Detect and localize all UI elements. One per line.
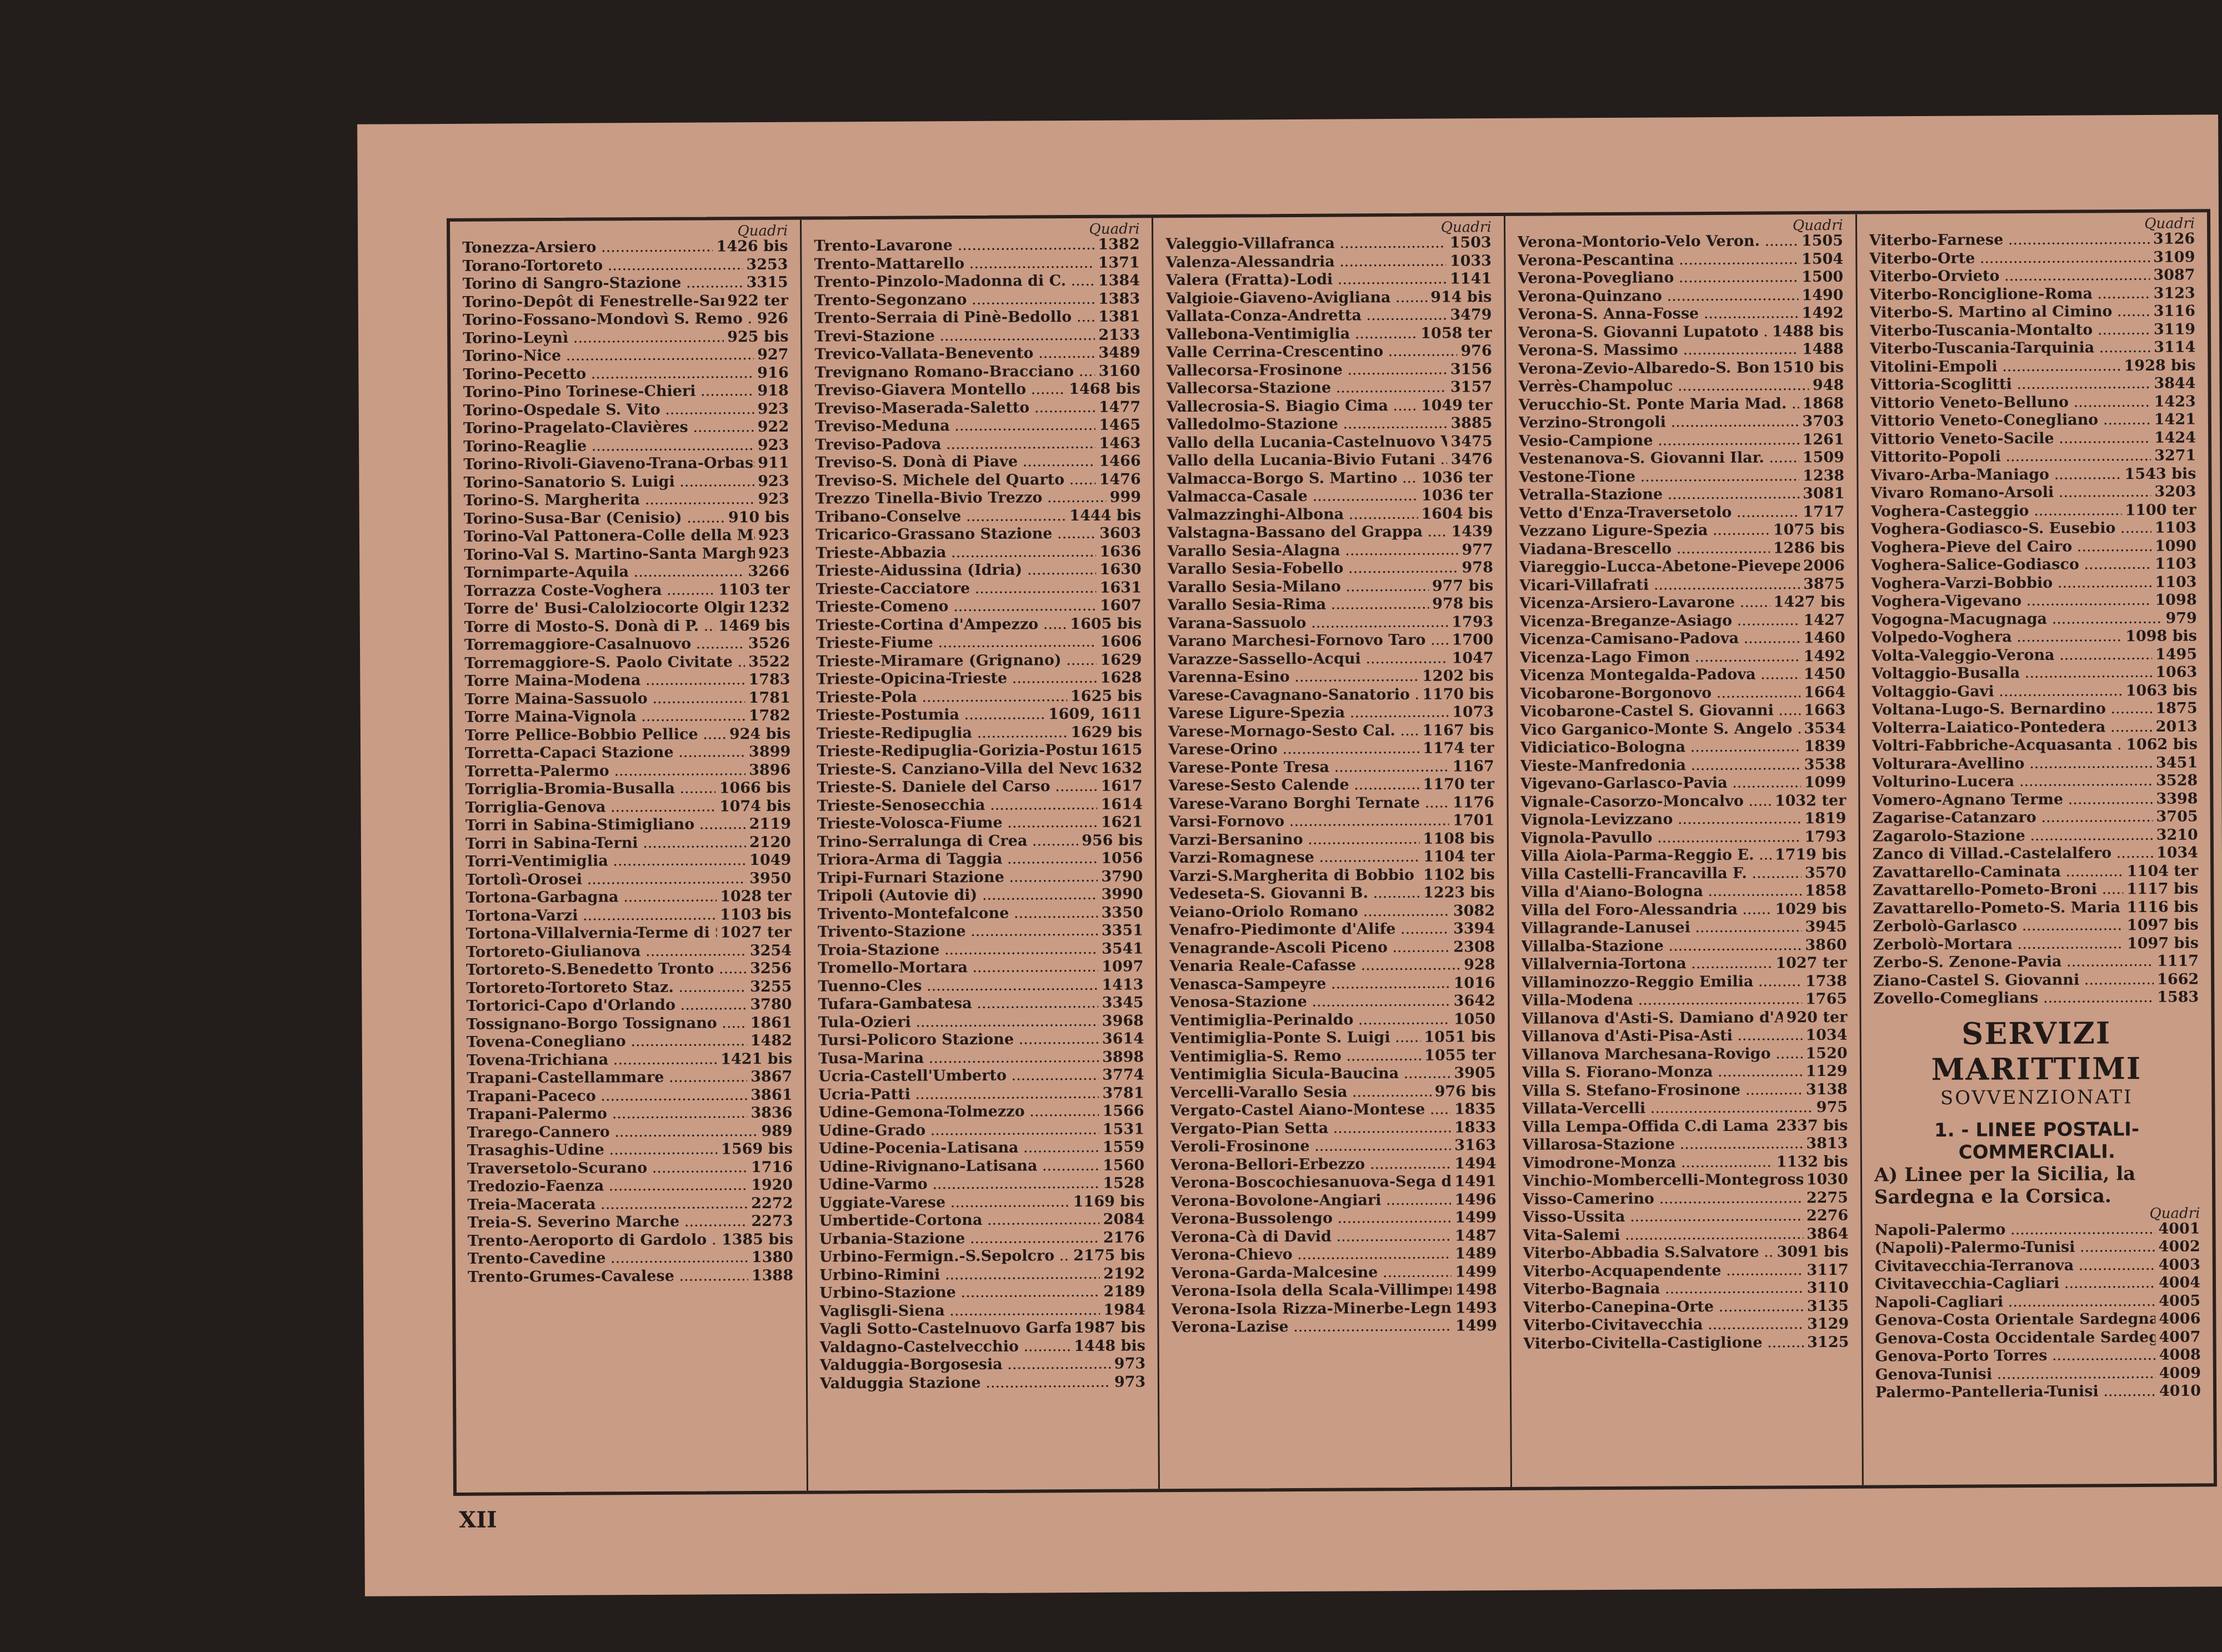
route-name: Trento-Mattarello [814,254,1095,273]
index-entry: Tripoli (Autovie di)3990 [817,885,1143,905]
index-entry: Urbino-Rimini2192 [819,1265,1145,1285]
quadri-number: 3844 [2150,374,2195,393]
quadri-number: 1717 [1799,503,1844,521]
index-entry: Villa del Foro-Alessandria1029 bis [1521,900,1846,920]
index-entry: Vimodrone-Monza1132 bis [1522,1153,1848,1173]
route-name: Trieste-Abbazia [815,543,1096,562]
index-entry: Torino-Val Pattonera-Colle della Maddale… [464,527,789,547]
quadri-number: 1510 bis [1769,358,1844,377]
quadri-number: 910 bis [725,508,789,527]
quadri-number: 1488 bis [1769,322,1844,341]
route-name: Torre Maina-Modena [464,671,745,690]
route-name: Villa-Modena [1522,990,1802,1010]
route-name: Torino-Nice [463,346,754,366]
quadri-number: 1987 bis [1070,1319,1145,1337]
route-name: Tornimparte-Aquila [464,563,744,582]
quadri-number: 3813 [1803,1135,1848,1153]
quadri-number: 1066 bis [716,779,791,798]
route-name: Viterbo-Ronciglione-Roma [1869,284,2150,304]
quadri-number: 1604 bis [1418,505,1493,523]
quadri-number: 1625 bis [1067,687,1142,705]
route-name: Trevignano Romano-Bracciano [815,362,1095,382]
route-name: Udine-Gemona-Tolmezzo [819,1103,1099,1122]
index-entry: Genova-Costa Orientale Sardegna-Palermo4… [1875,1310,2200,1330]
route-name: Varese Ligure-Spezia [1168,704,1449,723]
quadri-number: 3522 [745,653,790,671]
quadri-number: 4004 [2155,1274,2200,1292]
quadri-number: 3351 [1098,922,1143,940]
index-entry: Torri-Ventimiglia1049 [466,852,791,872]
route-name: Varese-Sesto Calende [1169,776,1420,795]
route-name: Varallo Sesia-Alagna [1167,541,1458,560]
quadri-number: 3210 [2153,826,2198,844]
quadri-number: 3898 [1099,1048,1144,1067]
index-entry: Vallo della Lucania-Bivio Futani3476 [1167,450,1493,470]
index-entry: Vigevano-Garlasco-Pavia1099 [1520,774,1846,794]
index-entry: Vallecrosia-S. Biagio Cima1049 ter [1167,397,1492,417]
index-entry: Troia-Stazione3541 [818,940,1143,960]
index-entry: Venagrande-Ascoli Piceno2308 [1169,938,1495,958]
index-entry: Tusa-Marina3898 [818,1048,1144,1068]
route-name: Valstagna-Bassano del Grappa [1167,523,1448,543]
index-entry: Varazze-Sassello-Acqui1047 [1168,649,1493,669]
route-name: Voltaggio-Gavi [1871,682,2122,702]
route-name: Urbino-Stazione [819,1283,1100,1303]
index-entry: Torri in Sabina-Stimigliano2119 [466,815,791,835]
route-name: Trapani-Paceco [467,1087,747,1106]
quadri-number: 4001 [2155,1220,2200,1238]
quadri-number: 1476 [1096,470,1141,489]
route-name: Verona-Boscochiesanuova-Sega di Ala [1170,1173,1451,1193]
route-name: Tribano-Conselve [815,507,1066,527]
quadri-number: 1492 [1800,647,1845,665]
route-name: Villa d'Aiano-Bologna [1521,882,1801,902]
route-name: Trieste-Redipuglia [817,724,1067,743]
index-entry: Torrazza Coste-Voghera1103 ter [464,580,789,600]
index-entry: Udine-Grado1531 [819,1120,1144,1140]
quadri-number: 3945 [1801,918,1846,937]
route-name: Treviso-Padova [815,434,1095,454]
index-entry: Torre Maina-Modena1783 [464,671,790,691]
route-name: Tripoli (Autovie di) [817,886,1098,905]
route-name: Vico Garganico-Monte S. Angelo [1520,720,1800,739]
route-name: Vallebona-Ventimiglia [1166,324,1417,344]
route-name: Ventimiglia-Ponte S. Luigi [1170,1029,1420,1048]
route-name: Trieste-Senosecchia [817,795,1098,815]
quadri-number: 1466 [1095,452,1140,470]
route-name: Zovello-Comeglians [1873,989,2154,1008]
quadri-number: 1495 [2152,645,2197,664]
quadri-number: 1631 [1097,579,1142,597]
index-entry: Genova-Porto Torres4008 [1875,1346,2200,1366]
index-entry: Verona-Quinzano1490 [1518,286,1843,306]
index-entry: Verona-Isola Rizza-Minerbe-Legnago1493 [1172,1299,1497,1319]
route-name: Voghera-Salice-Godiasco [1871,555,2151,575]
route-name: Verzino-Strongoli [1518,413,1799,432]
quadri-number: 920 ter [1783,1008,1848,1027]
quadri-number: 1858 [1801,882,1846,900]
route-name: Tovena-Trichiana [467,1050,717,1070]
route-name: Torino-S. Margherita [464,490,755,510]
quadri-number: 4005 [2155,1292,2200,1310]
index-entry: Torino-Depôt di Fenestrelle-Sanatorio Ag… [463,292,788,312]
index-entry: Trieste-Cortina d'Ampezzo1605 bis [816,615,1142,635]
quadri-number: 973 [1111,1373,1146,1391]
index-entry: Viadana-Brescello1286 bis [1519,539,1845,559]
quadri-number: 1920 [748,1177,793,1195]
route-name: Genova-Costa Occidentale Sardegna-Palerm… [1875,1328,2155,1348]
route-name: Vittorio Veneto-Conegliano [1870,411,2151,430]
quadri-number: 1716 [748,1158,793,1177]
index-entry: Torino-Ospedale S. Vito923 [463,400,789,420]
quadri-number: 1738 [1802,972,1847,990]
index-entry: Ucria-Castell'Umberto3774 [818,1066,1144,1086]
quadri-number: 4006 [2155,1310,2200,1328]
index-entry: Valledolmo-Stazione3885 [1167,414,1492,434]
route-name: Vicenza Montegalda-Padova [1520,665,1800,685]
index-entry: Torino-Rivoli-Giaveno-Trana-Orbassano-To… [463,454,789,474]
quadri-number: 1382 [1094,236,1139,254]
index-entry: Verona-S. Massimo1488 [1518,341,1844,361]
column-2: QuadriTrento-Lavarone1382Trento-Mattarel… [802,218,1160,1490]
route-name: Viterbo-Orvieto [1869,267,2150,286]
quadri-number: 1104 ter [1420,848,1495,866]
route-name: Veroli-Frosinone [1170,1137,1451,1157]
quadri-number: 1819 [1801,810,1846,828]
quadri-number: 1036 ter [1418,487,1493,505]
index-entry: Vallecorsa-Stazione3157 [1167,378,1492,398]
index-entry: Vicenza-Arsiero-Lavarone1427 bis [1519,593,1845,613]
index-entry: Vicenza-Camisano-Padova1460 [1519,629,1845,649]
route-name: Torre Pellice-Bobbio Pellice [465,725,726,745]
route-name: Viterbo-Civitella-Castiglione [1523,1334,1804,1353]
quadri-number: 1781 [745,689,790,707]
route-name: Villa Aiola-Parma-Reggio E. [1521,846,1771,865]
quadri-number: 1169 bis [1070,1193,1145,1211]
index-entry: Vita-Salemi3864 [1523,1225,1848,1245]
route-name: Civitavecchia-Cagliari [1875,1274,2155,1294]
route-name: Vivaro-Arba-Maniago [1870,465,2121,485]
quadri-number: 3614 [1099,1030,1144,1048]
quadri-number: 1073 [1449,703,1494,722]
route-name: Torremaggiore-Casalnuovo [464,635,745,654]
index-entry: Torre Maina-Sassuolo1781 [464,689,790,709]
route-name: Trento-Serraia di Pinè-Bedollo [814,308,1095,328]
quadri-number: 3774 [1099,1066,1144,1084]
index-entry: Viterbo-Orvieto3087 [1869,266,2195,286]
index-entry: Varallo Sesia-Milano977 bis [1168,577,1493,597]
quadri-number: 3968 [1099,1012,1144,1030]
quadri-number: 2189 [1100,1283,1145,1301]
quadri-number: 914 bis [1427,288,1492,307]
index-entry: Tortona-Garbagna1028 ter [466,888,791,908]
route-name: Varzi-S.Margherita di Bobbio Casone [1169,866,1420,885]
route-name: Vagli Sotto-Castelnuovo Garfagnana [820,1319,1070,1339]
route-name: Torino-Pino Torinese-Chieri [463,382,754,402]
quadri-number: 3990 [1098,885,1143,904]
route-name: Vercelli-Varallo Sesia [1170,1083,1432,1102]
index-entry: Voltri-Fabbriche-Acquasanta1062 bis [1872,735,2198,755]
index-entry: Vicenza Montegalda-Padova1450 [1520,665,1845,685]
index-entry: Torino di Sangro-Stazione3315 [463,274,788,294]
route-name: Verona-S. Massimo [1518,341,1799,360]
quadri-number: 999 [1107,488,1142,507]
route-name: Villata-Vercelli [1522,1099,1813,1118]
route-name: Tortoreto-Giulianova [466,942,747,962]
index-entry: Zagarolo-Stazione3210 [1873,826,2198,846]
index-entry: Voghera-Godiasco-S. Eusebio1103 [1871,519,2196,539]
index-entry: Villata-Vercelli975 [1522,1099,1848,1119]
route-name: Tromello-Mortara [818,958,1098,978]
route-name: Voltri-Fabbriche-Acquasanta [1872,736,2123,755]
route-name: Torino-Fossano-Mondovì S. Remo [463,310,754,329]
quadri-number: 1049 [746,852,791,870]
route-name: Valduggia-Borgosesia [820,1355,1111,1375]
route-name: Trieste-Fiume [816,633,1097,653]
route-name: Verucchio-St. Ponte Maria Mad. [1518,395,1799,414]
route-name: Vicenza-Arsiero-Lavarone [1519,593,1770,613]
quadri-number: 1421 bis [717,1050,792,1068]
route-name: Voltana-Lugo-S. Bernardino [1871,700,2152,719]
index-entry: Villagrande-Lanusei3945 [1521,918,1846,938]
route-name: Viterbo-S. Martino al Cimino [1870,303,2150,322]
route-name: Tufara-Gambatesa [818,994,1099,1014]
index-entry: Villarosa-Stazione3813 [1522,1135,1848,1155]
route-name: Villanova d'Asti-S. Damiano d'Asti [1522,1009,1783,1028]
route-name: Vivaro Romano-Arsoli [1870,483,2151,503]
index-entry: Villanova Marchesana-Rovigo1520 [1522,1044,1847,1064]
index-entry: Viterbo-Civitavecchia3129 [1523,1315,1849,1335]
index-entry: Villalba-Stazione3860 [1521,936,1846,956]
page-number: XII [459,1507,497,1533]
route-name: Verona-Bovolone-Angiari [1171,1191,1452,1210]
route-name: Volterra-Laiatico-Pontedera [1872,718,2153,737]
route-name: Traversetolo-Scurano [467,1159,748,1178]
route-name: Venaria Reale-Cafasse [1169,956,1460,975]
index-entry: Verucchio-St. Ponte Maria Mad.1868 [1518,394,1844,414]
index-entry: Torino-Reaglie923 [463,436,789,456]
quadri-number: 1097 [1098,958,1143,976]
quadri-number: 1444 bis [1066,507,1141,525]
quadri-number: 1103 [2151,519,2196,537]
route-name: Viterbo-Civitavecchia [1523,1315,1804,1335]
quadri-number: 3780 [747,996,792,1014]
index-entry: Tossignano-Borgo Tossignano1861 [466,1014,792,1034]
quadri-number: 1030 [1803,1171,1848,1189]
route-name: Treviso-Giavera Montello [815,381,1065,400]
route-name: Torino di Sangro-Stazione [463,274,743,293]
index-entry: Valduggia Stazione973 [820,1373,1145,1393]
index-entry: Ucria-Patti3781 [818,1084,1144,1104]
route-name: Valgioie-Giaveno-Avigliana [1166,288,1427,308]
index-entry: Torre de' Busi-Calolziocorte Olginate123… [464,599,790,619]
index-entry: Torri in Sabina-Terni2120 [466,833,791,853]
quadri-number: 977 bis [1429,577,1493,595]
index-entry: Trieste-Volosca-Fiume1621 [817,813,1143,833]
quadri-number: 1103 [2151,573,2196,592]
index-entry: Zerbolò-Garlasco1097 bis [1873,916,2198,936]
index-entry: Villa S. Stefano-Frosinone3138 [1522,1080,1848,1100]
quadri-number: 1100 ter [2121,501,2196,519]
route-name: Viterbo-Orte [1869,248,2150,268]
index-entry: Vivaro Romano-Arsoli3203 [1870,483,2196,503]
route-name: Vidiciatico-Bologna [1520,738,1801,757]
index-entry: Vicari-Villafrati3875 [1519,575,1845,595]
quadri-number: 3255 [747,978,792,996]
index-entry: Trieste-Fiume1606 [816,633,1142,653]
index-entry: Torretta-Capaci Stazione3899 [465,743,790,763]
quadri-number: 3790 [1098,868,1143,886]
route-name: Verona-Montorio-Velo Veron. [1518,232,1798,252]
route-name: Treia-Macerata [467,1195,748,1214]
route-name: Varenna-Esino [1168,668,1419,687]
route-name: Volturino-Lucera [1872,772,2153,792]
index-entry: Voghera-Casteggio1100 ter [1871,501,2196,521]
route-name: Viterbo-Acquapendente [1523,1261,1803,1281]
route-name: Tuenno-Cles [818,976,1098,995]
quadri-number: 1104 ter [2124,862,2199,880]
route-name: Triora-Arma di Taggia [817,850,1098,869]
quadri-number: 1058 ter [1417,324,1492,343]
index-entry: Trieste-S. Daniele del Carso1617 [817,777,1142,797]
route-name: Viterbo-Farnese [1869,231,2150,250]
index-entry: Vetto d'Enza-Traversetolo1717 [1519,503,1844,523]
quadri-number: 1833 [1451,1119,1496,1137]
quadri-number: 1793 [1801,828,1846,846]
route-name: Zerbolò-Garlasco [1873,917,2123,936]
index-entry: Trevico-Vallata-Benevento3489 [814,344,1140,364]
quadri-number: 1056 [1098,849,1143,868]
quadri-number: 1783 [745,671,790,689]
quadri-number: 1261 [1799,430,1844,449]
index-entry: Viterbo-Canepina-Orte3135 [1523,1297,1849,1317]
index-entry: Vitolini-Empoli1928 bis [1870,357,2195,377]
quadri-number: 1029 bis [1771,900,1846,918]
quadri-number: 923 [754,490,789,509]
quadri-number: 4003 [2155,1256,2200,1274]
quadri-number: 1465 [1095,416,1140,434]
route-name: Verona-Garda-Malcesine [1171,1263,1452,1283]
quadri-number: 1028 ter [717,888,792,906]
quadri-number: 3781 [1099,1084,1144,1103]
quadri-number: 3534 [1800,719,1845,738]
quadri-number: 1520 [1802,1044,1847,1063]
route-name: Vallo della Lucania-Bivio Futani [1167,451,1448,470]
quadri-number: 923 [755,527,790,545]
quadri-number: 3860 [1801,936,1846,954]
index-entry: Vico Garganico-Monte S. Angelo3534 [1520,719,1845,739]
index-entry: Vittorio Veneto-Conegliano1421 [1870,411,2196,430]
index-entry: Torre Pellice-Bobbio Pellice924 bis [465,725,790,745]
route-name: Vitolini-Empoli [1870,357,2120,377]
route-name: Trieste-S. Canziano-Villa del Nevoso [817,759,1097,779]
quadri-number: 3541 [1098,940,1143,958]
index-entry: Trevignano Romano-Bracciano3160 [815,362,1140,382]
index-entry: Palermo-Pantelleria-Tunisi4010 [1875,1382,2201,1402]
quadri-number: 1034 [1802,1027,1847,1045]
quadri-number: 3163 [1451,1137,1496,1155]
index-entry: Villalvernia-Tortona1027 ter [1522,954,1847,974]
quadri-number: 1439 [1448,523,1493,541]
route-name: Vignola-Levizzano [1520,810,1801,829]
quadri-number: 1488 [1799,341,1844,359]
route-name: Genova-Porto Torres [1875,1346,2155,1366]
quadri-number: 1496 [1452,1191,1497,1209]
index-entry: Verona-Lazise1499 [1172,1317,1497,1337]
index-entry: Verona-Povegliano1500 [1518,268,1843,288]
index-entry: Verona-Chievo1489 [1171,1245,1497,1265]
route-name: Napoli-Cagliari [1875,1292,2155,1311]
index-entry: Vezzano Ligure-Spezia1075 bis [1519,521,1844,541]
quadri-number: 1170 bis [1419,685,1494,704]
route-name: Trieste-S. Daniele del Carso [817,778,1097,797]
index-entry: Ventimiglia-Ponte S. Luigi1051 bis [1170,1028,1495,1048]
quadri-number: 1117 bis [2123,880,2198,898]
index-entry: Varese-Orino1174 ter [1168,739,1494,759]
quadri-number: 3905 [1450,1064,1495,1083]
route-name: Genova-Costa Orientale Sardegna-Palermo [1875,1310,2155,1330]
route-name: Trivento-Montefalcone [818,904,1098,923]
quadri-number: 3526 [745,635,790,653]
route-name: Verona-Pescantina [1518,251,1798,270]
quadri-number: 3642 [1450,992,1495,1010]
index-entry: Trezzo Tinella-Bivio Trezzo999 [815,488,1141,508]
quadri-number: 1531 [1099,1120,1144,1139]
index-entry: Verona-Boscochiesanuova-Sega di Ala1491 [1170,1173,1496,1193]
quadri-number: 1099 [1801,774,1846,792]
route-name: Torretta-Palermo [465,762,745,781]
index-entry: Tribano-Conselve1444 bis [815,507,1141,527]
index-entry: Vallebona-Ventimiglia1058 ter [1166,324,1492,344]
route-name: Vittorio Veneto-Sacile [1870,429,2151,448]
index-entry: Volturara-Avellino3451 [1872,754,2198,774]
index-entry: Torino-Nice927 [463,346,788,366]
quadri-number: 1605 bis [1067,615,1142,633]
index-entry: Vivaro-Arba-Maniago1543 bis [1870,465,2196,485]
index-entry: Tricarico-Grassano Stazione3603 [815,524,1141,544]
index-entry: Verona-Bellori-Erbezzo1494 [1170,1155,1496,1175]
index-entry: Venafro-Piedimonte d'Alife3394 [1169,920,1495,940]
quadri-number: 2120 [746,833,791,852]
index-entry: Trento-Cavedine1380 [468,1249,793,1269]
route-name: Uggiate-Varese [819,1193,1069,1213]
route-name: Tredozio-Faenza [467,1177,748,1196]
quadri-number: 1499 [1452,1263,1497,1281]
quadri-number: 1423 [2151,393,2196,411]
route-name: Vogogna-Macugnaga [1871,609,2163,629]
index-entry: Vinchio-Mombercelli-Montegrosso1030 [1523,1171,1848,1191]
quadri-number: 3896 [745,761,790,779]
index-entry: Tortoreto-Giulianova3254 [466,942,792,962]
quadri-number: 1499 [1452,1209,1497,1227]
index-entry: Vedeseta-S. Giovanni B.1223 bis [1169,884,1495,904]
index-entry: (Napoli)-Palermo-Tunisi4002 [1874,1238,2200,1258]
route-name: Villagrande-Lanusei [1521,918,1801,938]
index-entry: Torino-S. Margherita923 [464,490,789,510]
index-entry: Udine-Pocenia-Latisana1559 [819,1138,1144,1158]
route-name: Voghera-Pieve del Cairo [1871,537,2151,557]
column-4: QuadriVerona-Montorio-Velo Veron.1505Ver… [1505,214,1864,1487]
route-name: Voghera-Vigevano [1871,592,2151,611]
route-name: (Napoli)-Palermo-Tunisi [1874,1238,2155,1258]
route-name: Varese-Cavagnano-Sanatorio [1168,685,1419,705]
route-name: Torri-Ventimiglia [466,852,746,871]
quadri-number: 3081 [1799,485,1844,503]
route-name: Volturara-Avellino [1872,754,2153,773]
quadri-number: 928 [1460,956,1495,974]
route-name: Valduggia Stazione [820,1373,1111,1393]
route-name: Trieste-Miramare (Grignano) [816,651,1097,670]
